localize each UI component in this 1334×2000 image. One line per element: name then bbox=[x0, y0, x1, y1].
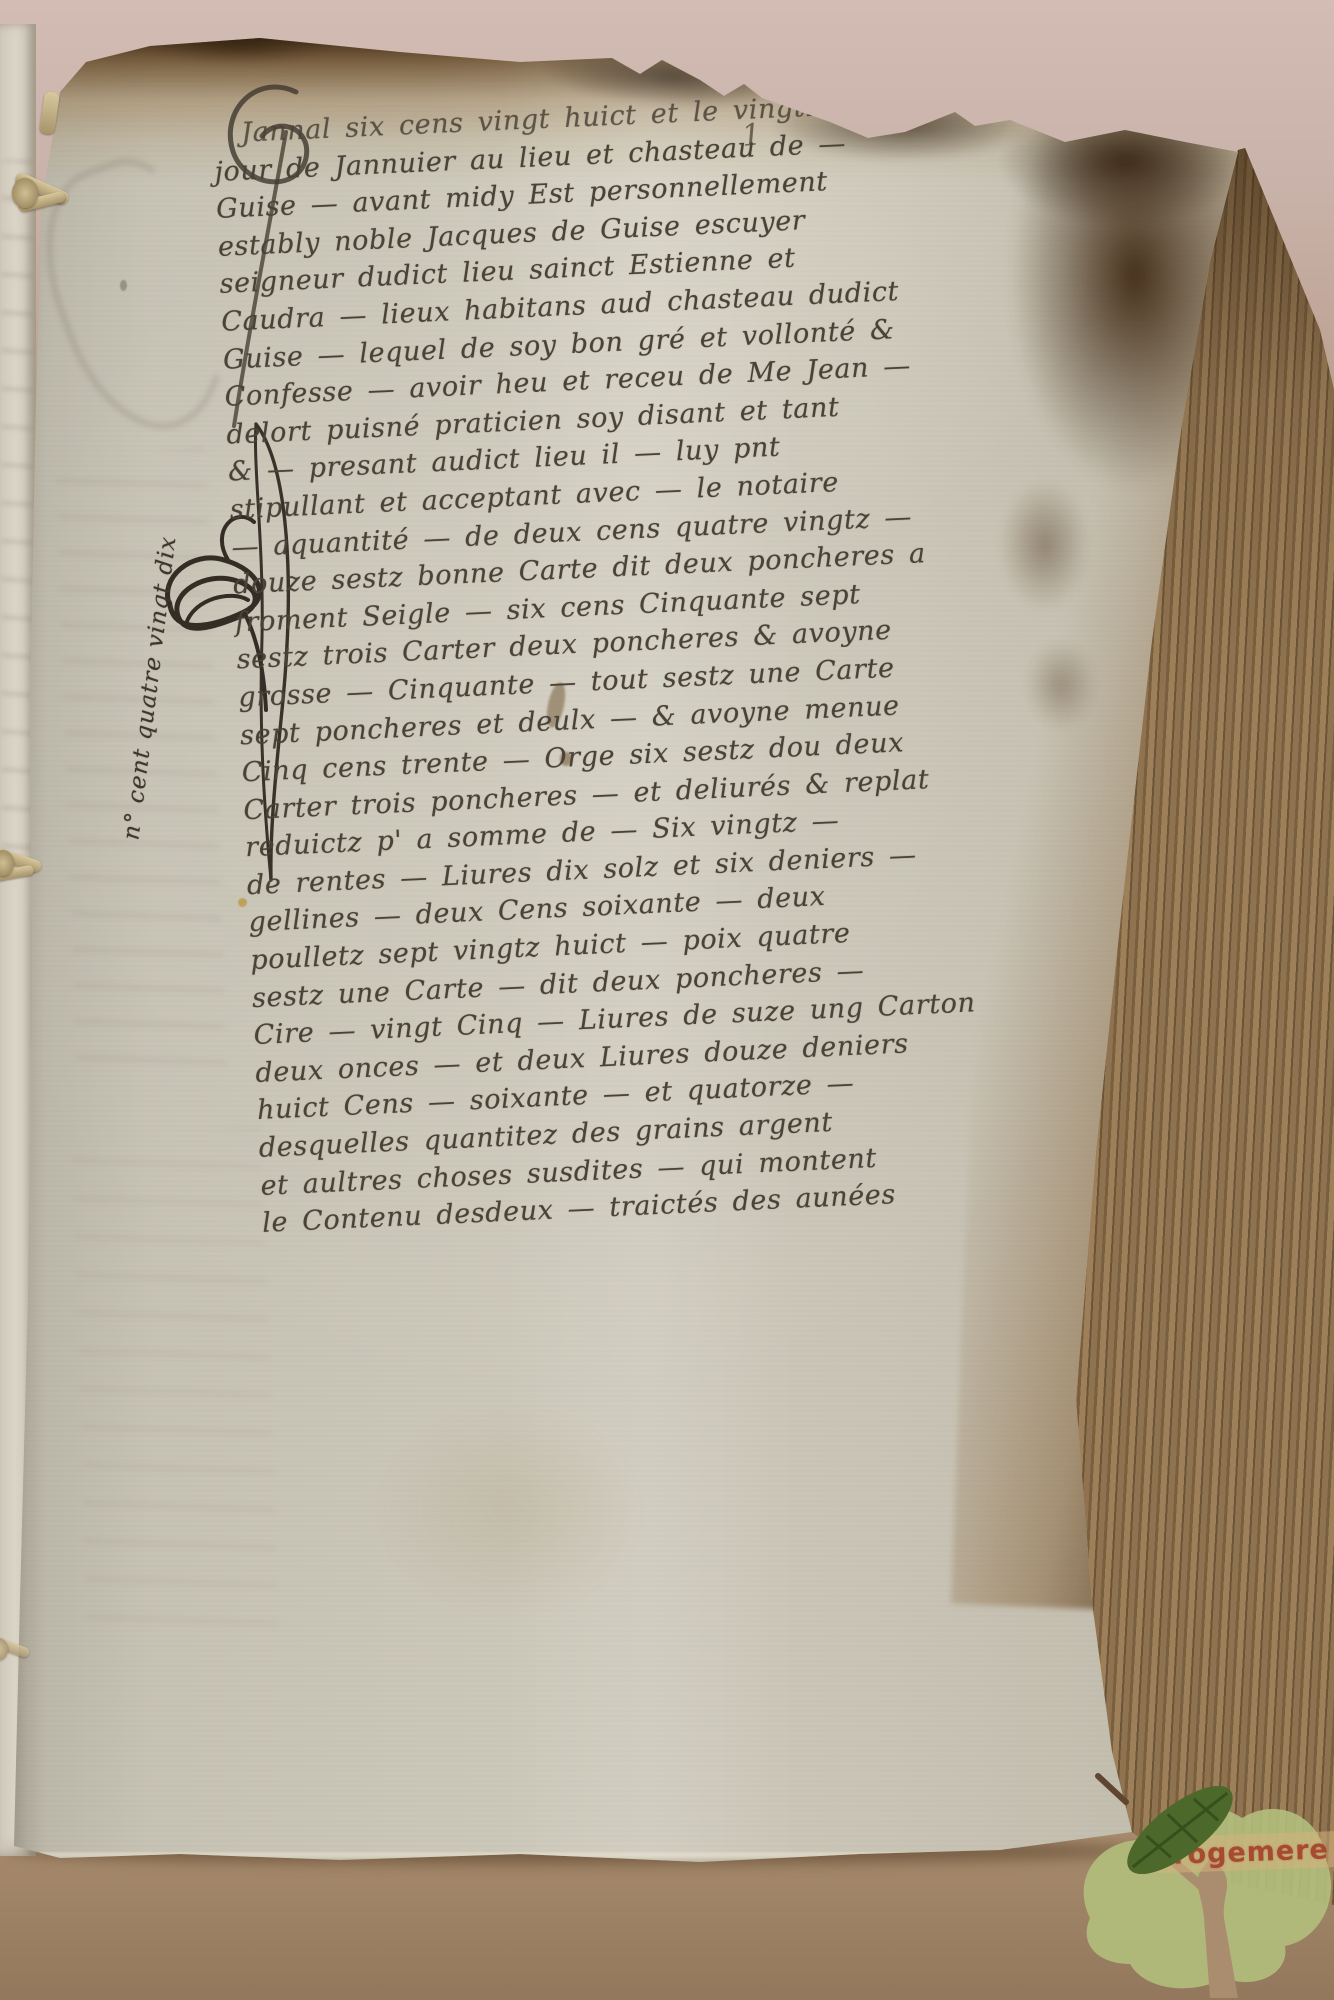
binding-stitch bbox=[12, 150, 72, 240]
manuscript-page: n° cent quatre vingt dix 1 Jannal six ce… bbox=[0, 30, 1250, 1880]
binding-stitch bbox=[0, 1628, 34, 1688]
thread-knot bbox=[12, 178, 38, 208]
watermark-leaf-icon bbox=[1060, 1768, 1334, 2000]
underlying-page-marks bbox=[2, 160, 32, 860]
manuscript-text: Jannal six cens vingt huict et le vingti… bbox=[212, 78, 1092, 1242]
foxing-stain bbox=[380, 1410, 640, 1610]
ink-speck bbox=[120, 280, 127, 291]
photo-scene: n° cent quatre vingt dix 1 Jannal six ce… bbox=[0, 0, 1334, 2000]
watermark: rogemere bbox=[1060, 1768, 1334, 2000]
binding-stitch bbox=[0, 836, 46, 906]
